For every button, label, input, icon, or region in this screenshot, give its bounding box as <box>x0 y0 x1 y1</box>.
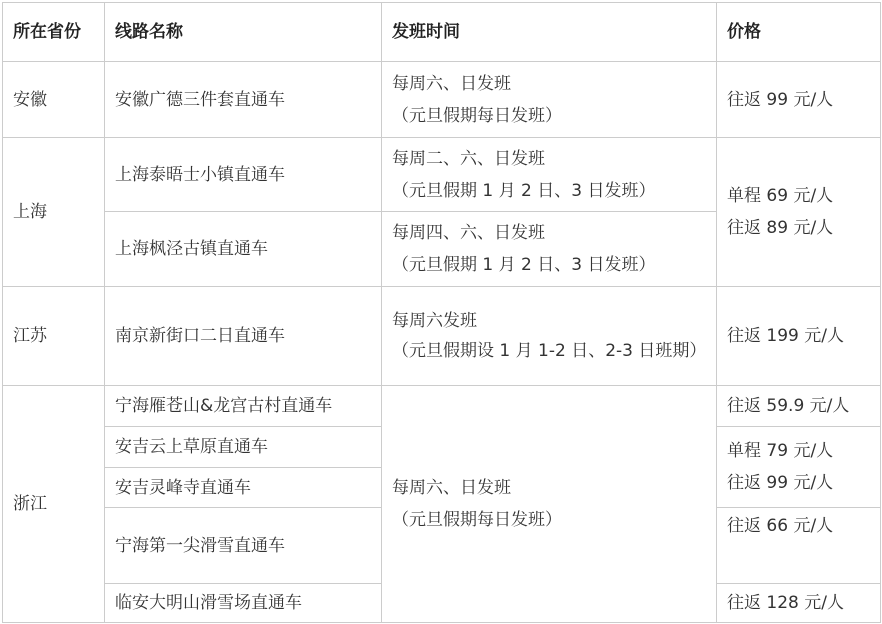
schedule-holiday-note: （元旦假期每日发班） <box>392 100 706 132</box>
route-name-cell: 南京新街口二日直通车 <box>105 287 382 386</box>
schedule-main: 每周四、六、日发班 <box>392 217 706 249</box>
price-round-trip: 往返 89 元/人 <box>727 212 870 244</box>
route-name-cell: 临安大明山滑雪场直通车 <box>105 584 382 623</box>
price-cell: 单程 69 元/人 往返 89 元/人 <box>717 138 881 287</box>
route-name-cell: 宁海雁苍山&龙宫古村直通车 <box>105 386 382 427</box>
price-round-trip: 往返 66 元/人 <box>727 510 870 542</box>
price-cell: 往返 128 元/人 <box>717 584 881 623</box>
price-round-trip: 往返 59.9 元/人 <box>727 390 870 422</box>
route-name-cell: 安吉云上草原直通车 <box>105 427 382 468</box>
price-cell: 往返 66 元/人 <box>717 508 881 584</box>
schedule-main: 每周六、日发班 <box>392 68 706 100</box>
header-route-name: 线路名称 <box>105 3 382 62</box>
schedule-main: 每周六发班 <box>392 306 706 336</box>
schedule-holiday-note: （元旦假期设 1 月 1-2 日、2-3 日班期） <box>392 336 706 366</box>
table-row: 安徽 安徽广德三件套直通车 每周六、日发班 （元旦假期每日发班） 往返 99 元… <box>3 62 881 138</box>
schedule-cell: 每周六、日发班 （元旦假期每日发班） <box>382 62 717 138</box>
route-table-container: 所在省份 线路名称 发班时间 价格 安徽 安徽广德三件套直通车 每周六、日发班 … <box>2 2 881 623</box>
header-row: 所在省份 线路名称 发班时间 价格 <box>3 3 881 62</box>
schedule-holiday-note: （元旦假期 1 月 2 日、3 日发班） <box>392 249 706 281</box>
header-province: 所在省份 <box>3 3 105 62</box>
price-cell: 单程 79 元/人 往返 99 元/人 <box>717 427 881 508</box>
province-cell: 上海 <box>3 138 105 287</box>
price-cell: 往返 199 元/人 <box>717 287 881 386</box>
price-one-way: 单程 79 元/人 <box>727 435 870 467</box>
header-price: 价格 <box>717 3 881 62</box>
header-schedule: 发班时间 <box>382 3 717 62</box>
province-cell: 安徽 <box>3 62 105 138</box>
table-row: 上海 上海泰晤士小镇直通车 每周二、六、日发班 （元旦假期 1 月 2 日、3 … <box>3 138 881 212</box>
schedule-cell: 每周六、日发班 （元旦假期每日发班） <box>382 386 717 623</box>
route-name-cell: 安吉灵峰寺直通车 <box>105 468 382 508</box>
province-cell: 浙江 <box>3 386 105 623</box>
route-name-cell: 上海枫泾古镇直通车 <box>105 212 382 287</box>
schedule-holiday-note: （元旦假期 1 月 2 日、3 日发班） <box>392 175 706 207</box>
schedule-cell: 每周四、六、日发班 （元旦假期 1 月 2 日、3 日发班） <box>382 212 717 287</box>
table-row: 江苏 南京新街口二日直通车 每周六发班 （元旦假期设 1 月 1-2 日、2-3… <box>3 287 881 386</box>
price-cell: 往返 59.9 元/人 <box>717 386 881 427</box>
price-cell: 往返 99 元/人 <box>717 62 881 138</box>
price-one-way: 单程 69 元/人 <box>727 180 870 212</box>
price-round-trip: 往返 99 元/人 <box>727 467 870 499</box>
price-round-trip: 往返 128 元/人 <box>727 587 870 619</box>
price-round-trip: 往返 99 元/人 <box>727 84 870 116</box>
schedule-main: 每周六、日发班 <box>392 472 706 504</box>
schedule-cell: 每周六发班 （元旦假期设 1 月 1-2 日、2-3 日班期） <box>382 287 717 386</box>
route-name-cell: 安徽广德三件套直通车 <box>105 62 382 138</box>
schedule-cell: 每周二、六、日发班 （元旦假期 1 月 2 日、3 日发班） <box>382 138 717 212</box>
table-row: 浙江 宁海雁苍山&龙宫古村直通车 每周六、日发班 （元旦假期每日发班） 往返 5… <box>3 386 881 427</box>
price-round-trip: 往返 199 元/人 <box>727 320 870 352</box>
province-cell: 江苏 <box>3 287 105 386</box>
route-name-cell: 宁海第一尖滑雪直通车 <box>105 508 382 584</box>
schedule-main: 每周二、六、日发班 <box>392 143 706 175</box>
schedule-holiday-note: （元旦假期每日发班） <box>392 504 706 536</box>
route-name-cell: 上海泰晤士小镇直通车 <box>105 138 382 212</box>
bus-route-table: 所在省份 线路名称 发班时间 价格 安徽 安徽广德三件套直通车 每周六、日发班 … <box>2 2 881 623</box>
